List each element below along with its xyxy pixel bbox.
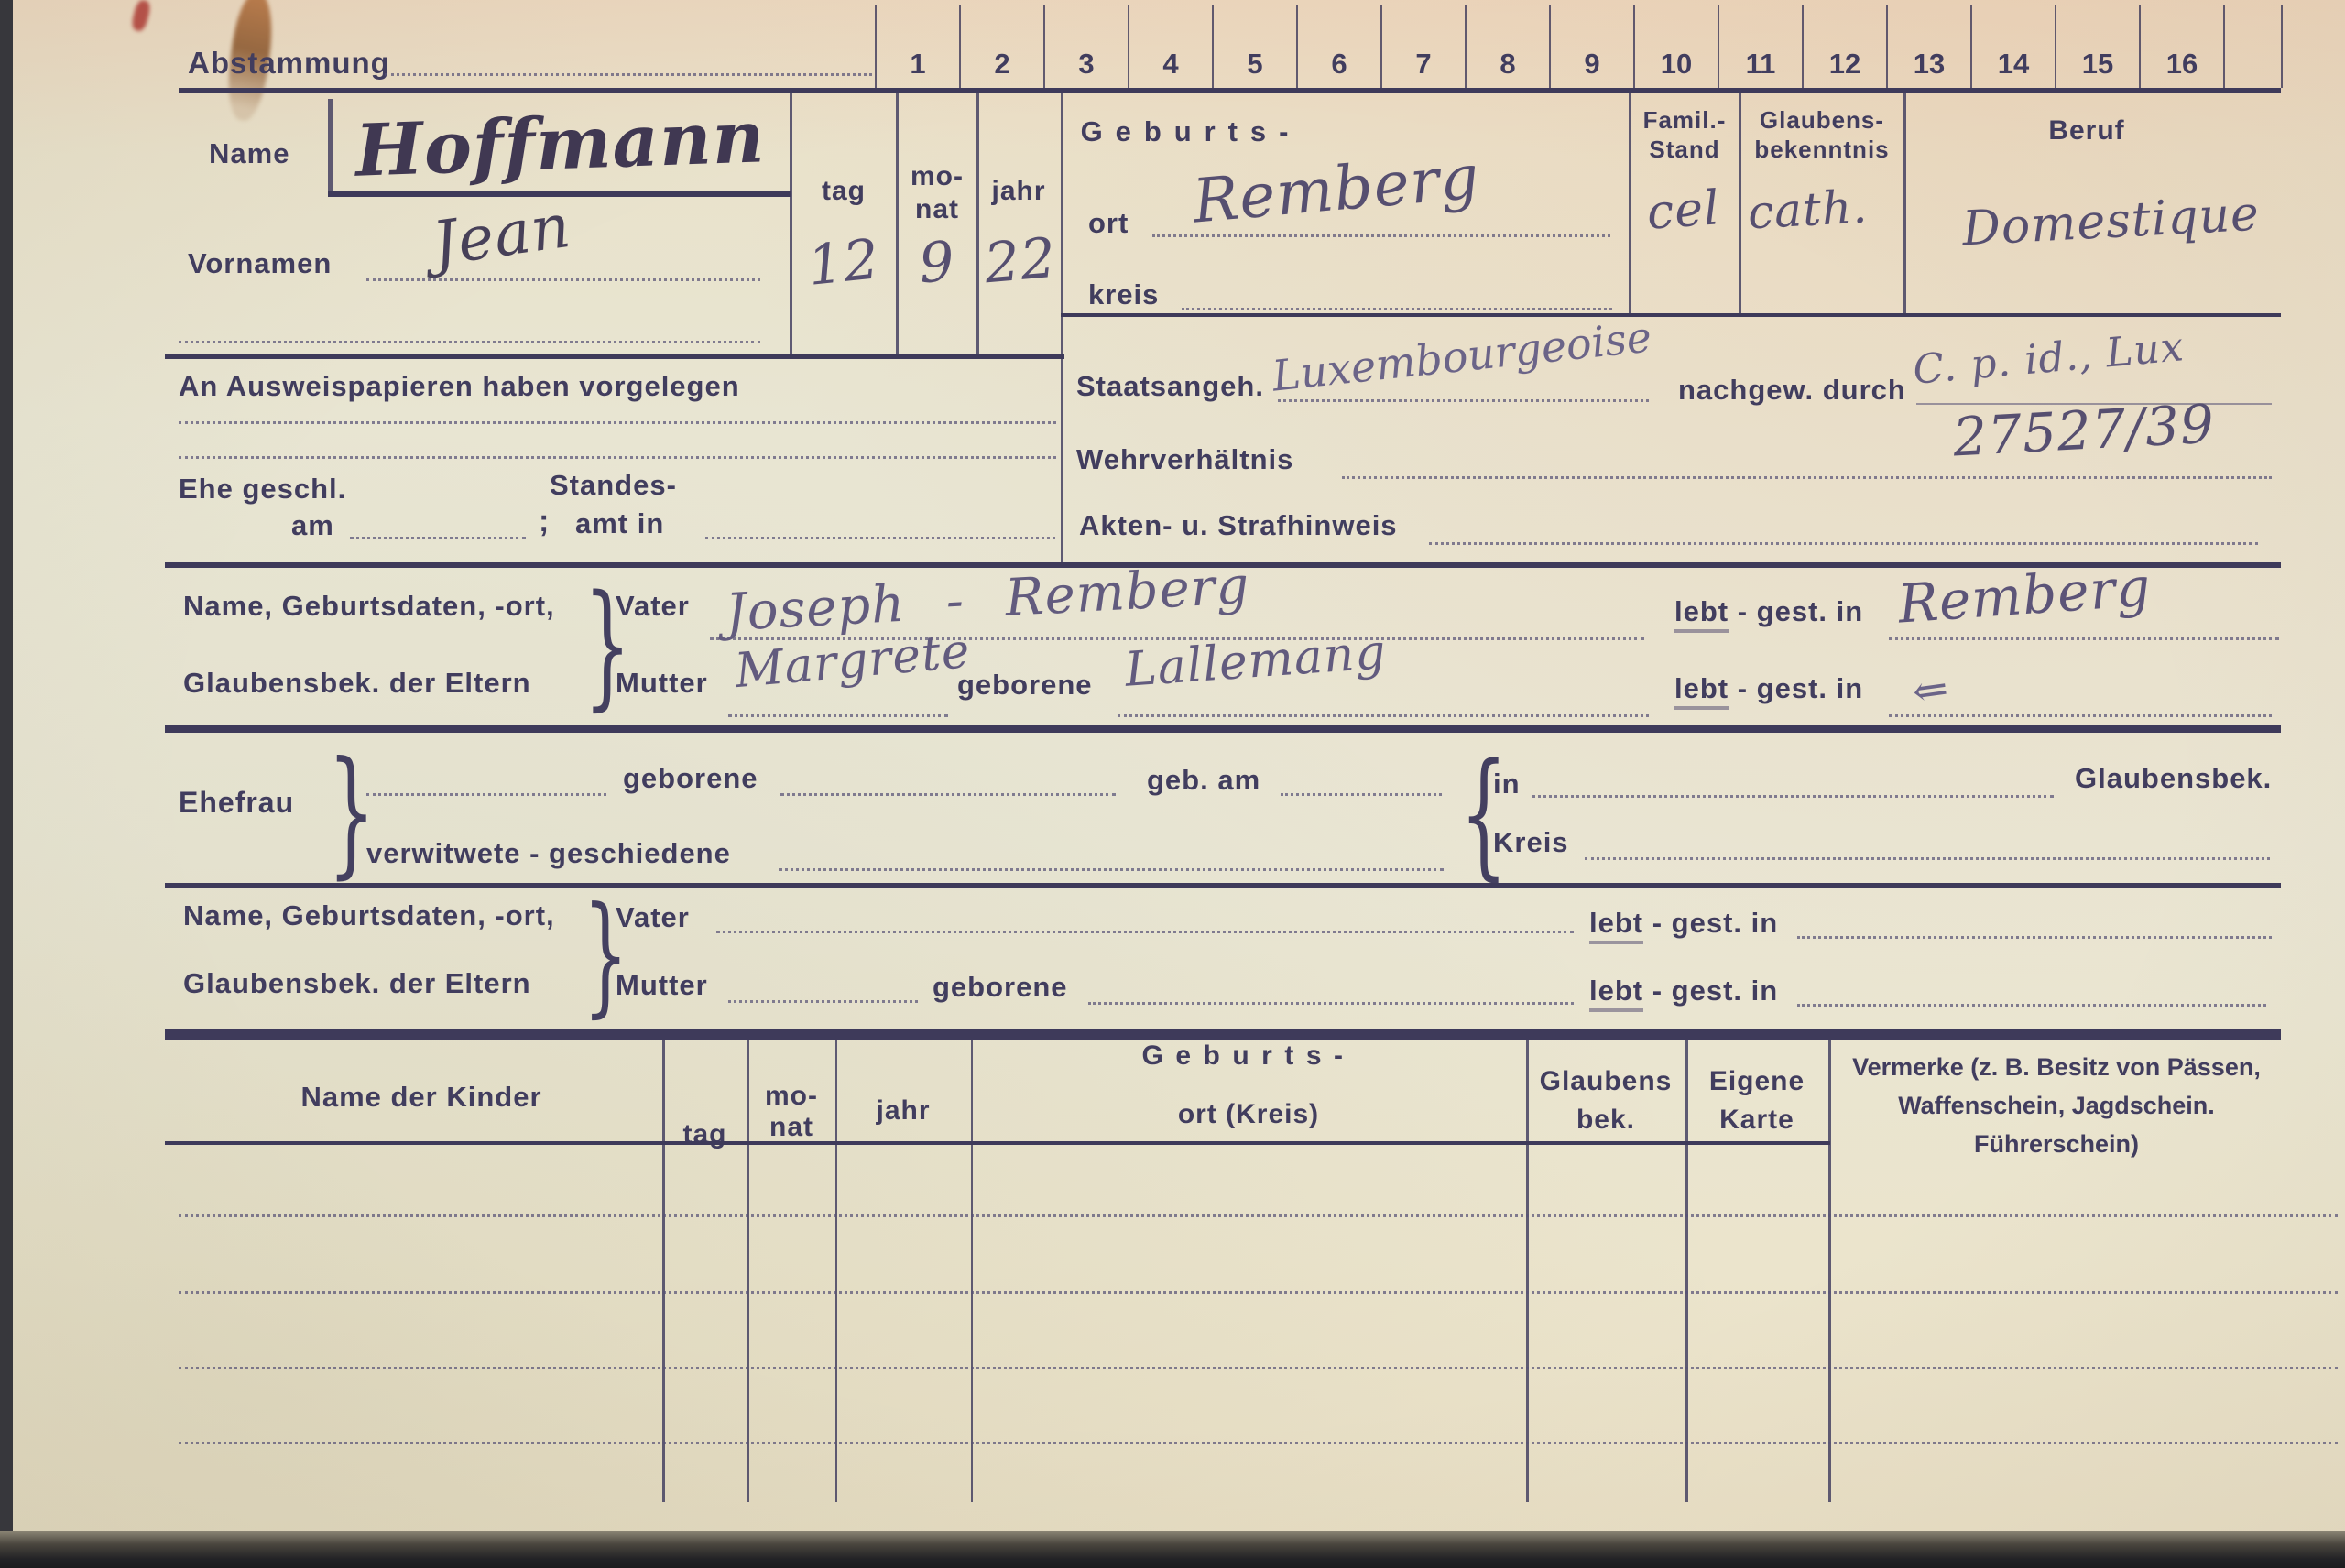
kreis-dotted-line [1182, 308, 1612, 310]
number-15: 15 [2082, 48, 2113, 81]
am-label: am [291, 509, 334, 542]
number-cell: 6 [1296, 5, 1380, 88]
parents2-vater-label: Vater [616, 901, 690, 934]
number-cell: 16 [2139, 5, 2223, 88]
lebt-word: lebt [1589, 975, 1643, 1012]
parents1-geborene-label: geborene [957, 669, 1093, 702]
parents2-mutter-lebt-label: lebt - gest. in [1589, 975, 1778, 1007]
ehefrau-in-label: in [1493, 768, 1521, 800]
famil-stand-label-line2: Stand [1631, 136, 1739, 164]
right-section-rule [1061, 313, 2281, 317]
table-row-line [179, 1214, 2338, 1217]
table-top-rule [165, 1029, 2281, 1040]
ehefrau-geborene-dotted [780, 793, 1116, 796]
vornamen-dotted-line [366, 278, 760, 281]
standes-label: Standes- [550, 469, 677, 502]
staatsangeh-label: Staatsangeh. [1076, 370, 1264, 403]
famil-stand-label-line1: Famil.- [1631, 106, 1739, 135]
parents2-geborene-dotted [1088, 1002, 1574, 1005]
akten-dotted-line [1429, 542, 2258, 545]
ehefrau-geb-am-label: geb. am [1147, 764, 1260, 797]
number-cell-empty [2223, 5, 2281, 88]
number-cell: 1 [875, 5, 959, 88]
table-row-line [179, 1367, 2338, 1369]
ehefrau-geborene-label: geborene [623, 762, 758, 795]
monat-value-handwriting: 9 [898, 228, 977, 298]
table-jahr-header: jahr [835, 1095, 971, 1127]
table-name-der-kinder-header: Name der Kinder [211, 1081, 632, 1114]
number-5: 5 [1247, 48, 1262, 81]
section-rule-ehefrau [165, 725, 2281, 733]
name-box-left-border [328, 99, 333, 196]
famil-stand-value-handwriting: cel [1645, 180, 1722, 240]
number-2: 2 [994, 48, 1009, 81]
amt-in-label: amt in [575, 507, 664, 540]
monat-label-line1: mo- [900, 161, 975, 192]
jahr-value-handwriting: 22 [976, 225, 1065, 297]
date-col-divider-1 [790, 90, 792, 357]
photo-of-card: Abstammung 1 2 3 4 5 6 7 8 9 10 11 12 13… [0, 0, 2345, 1568]
number-cell: 5 [1212, 5, 1296, 88]
table-eigene-header-line1: Eigene [1685, 1066, 1828, 1097]
number-6: 6 [1331, 48, 1347, 81]
parents2-mutter-dotted [728, 1000, 918, 1003]
table-geburts-header: Geburts- [971, 1040, 1526, 1072]
ehe-semicolon: ; [539, 504, 550, 539]
ehefrau-kreis-label: Kreis [1493, 826, 1569, 859]
number-11: 11 [1746, 48, 1776, 81]
table-row-line [179, 1442, 2338, 1444]
number-cell: 2 [959, 5, 1043, 88]
wehrverhaeltnis-label: Wehrverhältnis [1076, 443, 1293, 476]
table-eigene-header-line2: Karte [1685, 1105, 1828, 1136]
left-section-rule [165, 354, 1064, 359]
number-cell: 15 [2055, 5, 2139, 88]
lebt-rest: - gest. in [1643, 975, 1778, 1007]
number-4: 4 [1162, 48, 1178, 81]
parents1-geborene-dotted [1118, 714, 1649, 717]
vornamen-label: Vornamen [188, 247, 332, 280]
number-9: 9 [1584, 48, 1599, 81]
date-col-divider-3 [976, 90, 979, 357]
ehefrau-kreis-dotted [1585, 857, 2270, 860]
ausweispapiere-label: An Ausweispapieren haben vorgelegen [179, 370, 740, 403]
parents2-mutter-lebt-dotted [1797, 1004, 2266, 1007]
ausweis-dotted-line-2 [179, 456, 1056, 459]
parents1-mutter-lebt-value-handwriting: ⇐ [1909, 663, 1952, 717]
wehr-dotted-line [1342, 476, 2272, 479]
ehe-geschl-label: Ehe geschl. [179, 473, 346, 506]
staatsangeh-dotted-line [1278, 399, 1649, 402]
glaubensbekenntnis-label-line2: bekenntnis [1740, 136, 1903, 164]
ehefrau-verwitwete-label: verwitwete - geschiedene [366, 837, 731, 870]
table-ort-kreis-header: ort (Kreis) [971, 1099, 1526, 1130]
glaubensbekenntnis-label-line1: Glaubens- [1740, 106, 1903, 135]
table-vermerke-header-line1: Vermerke (z. B. Besitz von Pässen, [1832, 1053, 2281, 1082]
lebt-rest: - gest. in [1643, 907, 1778, 939]
name-value-handwriting: Hoffmann [354, 95, 767, 193]
lebt-word: lebt [1589, 907, 1643, 944]
parents1-label-line2: Glaubensbek. der Eltern [183, 667, 531, 700]
number-cell: 9 [1549, 5, 1633, 88]
table-vermerke-header-line3: Führerschein) [1832, 1130, 2281, 1159]
abstammung-label: Abstammung [188, 46, 390, 81]
number-cell: 13 [1886, 5, 1970, 88]
ort-dotted-line [1152, 234, 1610, 237]
parents2-label-line1: Name, Geburtsdaten, -ort, [183, 899, 555, 932]
parents2-vater-lebt-label: lebt - gest. in [1589, 907, 1778, 940]
parents2-label-line2: Glaubensbek. der Eltern [183, 967, 531, 1000]
parents2-vater-lebt-dotted [1797, 936, 2272, 939]
abstammung-dotted-line [385, 73, 872, 76]
number-cell: 11 [1718, 5, 1802, 88]
number-3: 3 [1078, 48, 1094, 81]
lebt-word: lebt [1674, 595, 1729, 633]
lebt-word: lebt [1674, 672, 1729, 710]
jahr-label: jahr [978, 176, 1059, 207]
table-row-line [179, 1291, 2338, 1294]
parents1-mutter-lebt-dotted [1889, 714, 2272, 717]
lebt-rest: - gest. in [1729, 672, 1863, 704]
parents2-mutter-label: Mutter [616, 969, 708, 1002]
section-rule-parents2 [165, 883, 2281, 888]
number-16: 16 [2166, 48, 2198, 81]
number-cell: 3 [1043, 5, 1128, 88]
number-cell: 12 [1802, 5, 1886, 88]
nachgew-durch-label: nachgew. durch [1678, 374, 1906, 407]
table-vermerke-header-line2: Waffenschein, Jagdschein. [1832, 1092, 2281, 1120]
table-monat-header-line1: mo- [747, 1081, 835, 1112]
parents1-mutter-label: Mutter [616, 667, 708, 700]
beruf-label: Beruf [1903, 115, 2270, 147]
table-glaubens-header-line2: bek. [1526, 1105, 1685, 1136]
tag-label: tag [793, 176, 894, 207]
table-monat-header-line2: nat [747, 1112, 835, 1143]
parents1-label-line1: Name, Geburtsdaten, -ort, [183, 590, 555, 623]
number-cell: 14 [1970, 5, 2055, 88]
parents2-vater-dotted [716, 931, 1574, 933]
tag-value-handwriting: 12 [791, 225, 898, 299]
ehefrau-name-dotted [366, 793, 606, 796]
number-7: 7 [1415, 48, 1431, 81]
table-header-bottom-rule [165, 1141, 1830, 1145]
ehefrau-label: Ehefrau [179, 786, 294, 820]
top-rule [179, 88, 2281, 93]
number-14: 14 [1998, 48, 2029, 81]
identity-extra-dotted-line [179, 341, 760, 343]
ehefrau-in-dotted [1532, 795, 2054, 798]
number-cell: 10 [1633, 5, 1718, 88]
number-13: 13 [1914, 48, 1945, 81]
number-strip: 1 2 3 4 5 6 7 8 9 10 11 12 13 14 15 16 [875, 5, 2283, 88]
ausweis-dotted-line-1 [179, 421, 1056, 424]
number-cell: 8 [1465, 5, 1549, 88]
lebt-rest: - gest. in [1729, 595, 1863, 627]
parents1-vater-label: Vater [616, 590, 690, 623]
card-bottom-edge-shadow [0, 1531, 2345, 1568]
name-label: Name [209, 137, 289, 170]
ehe-am-dotted-line [350, 537, 526, 539]
monat-label-line2: nat [900, 194, 975, 225]
parents1-vater-lebt-label: lebt - gest. in [1674, 595, 1863, 628]
ort-label: ort [1088, 207, 1129, 240]
table-divider-name [662, 1040, 665, 1502]
table-tag-header: tag [662, 1119, 747, 1150]
parents1-mutter-lebt-label: lebt - gest. in [1674, 672, 1863, 705]
date-col-divider-2 [896, 90, 899, 357]
number-8: 8 [1500, 48, 1515, 81]
section-divider-vertical [1061, 90, 1063, 568]
ehefrau-brace-left: { [1459, 746, 1507, 883]
kreis-label: kreis [1088, 278, 1159, 311]
table-glaubens-header-line1: Glaubens [1526, 1066, 1685, 1097]
ehefrau-glaubensbek-label: Glaubensbek. [2075, 762, 2272, 795]
parents2-geborene-label: geborene [933, 971, 1068, 1004]
number-10: 10 [1661, 48, 1692, 81]
parents1-mutter-dotted [728, 714, 948, 717]
number-cell: 4 [1128, 5, 1212, 88]
amt-in-dotted-line [705, 537, 1055, 539]
ehefrau-geb-am-dotted [1281, 793, 1442, 796]
parents1-vater-lebt-dotted [1889, 637, 2279, 640]
glaubensbekenntnis-value-handwriting: cath. [1747, 180, 1870, 240]
table-divider-vermerke [1828, 1040, 1831, 1502]
number-12: 12 [1829, 48, 1860, 81]
akten-strafhinweis-label: Akten- u. Strafhinweis [1079, 509, 1398, 542]
number-cell: 7 [1380, 5, 1465, 88]
number-1: 1 [910, 48, 925, 81]
ehefrau-verwitwete-dotted [779, 868, 1444, 871]
